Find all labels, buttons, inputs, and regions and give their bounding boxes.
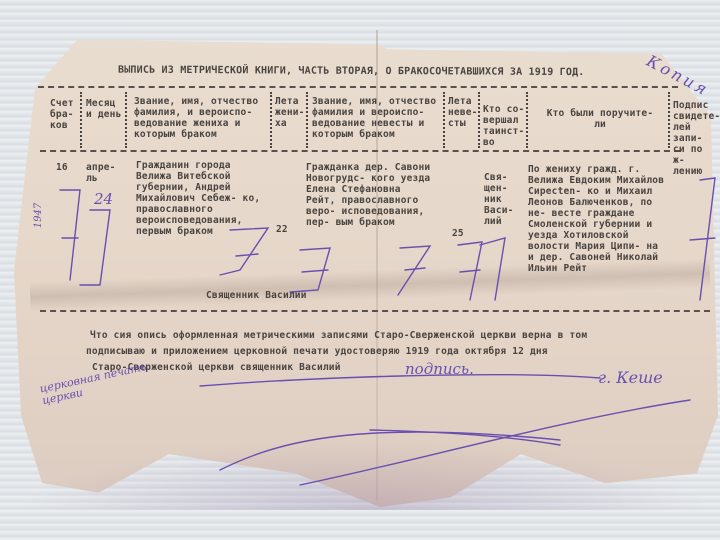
ink-cancellation-strokes: [0, 0, 720, 540]
